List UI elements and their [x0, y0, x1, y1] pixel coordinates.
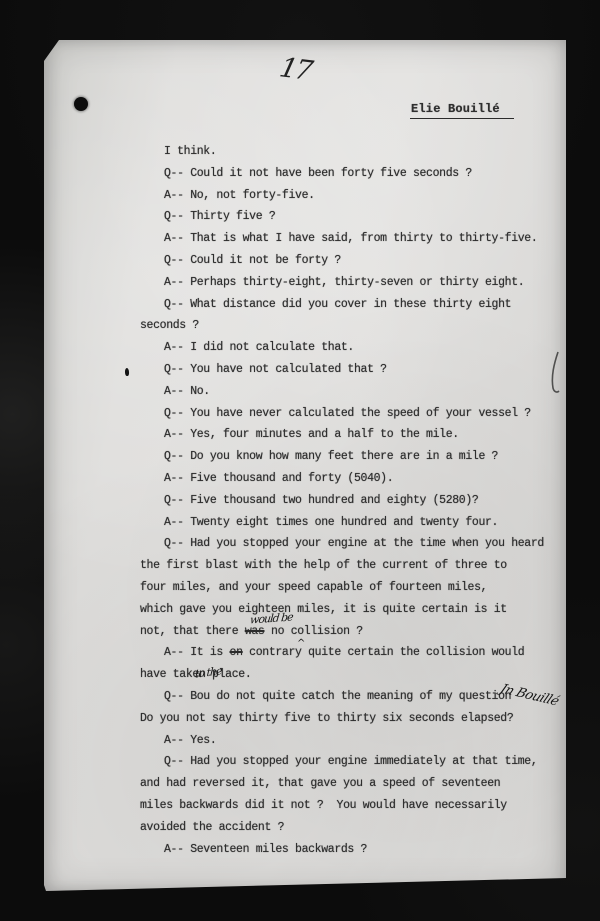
transcript-line: A-- Yes.	[140, 730, 560, 752]
transcript-text: I think.Q-- Could it not have been forty…	[140, 141, 560, 860]
transcript-line: A-- Twenty eight times one hundred and t…	[140, 512, 560, 534]
transcript-line: Do you not say thirty five to thirty six…	[140, 708, 560, 730]
transcript-line: A-- That is what I have said, from thirt…	[140, 228, 560, 250]
transcript-line: Q-- Thirty five ?	[140, 206, 560, 228]
transcript-line: A-- No, not forty-five.	[140, 185, 560, 207]
transcript-line: Q-- Had you stopped your engine immediat…	[140, 751, 560, 773]
transcript-line: four miles, and your speed capable of fo…	[140, 577, 560, 599]
transcript-line: avoided the accident ?	[140, 817, 560, 839]
transcript-line: A-- Seventeen miles backwards ?	[140, 839, 560, 861]
paper-edge-scratch-mark	[544, 350, 564, 400]
ink-mark	[125, 368, 129, 376]
transcript-line: miles backwards did it not ? You would h…	[140, 795, 560, 817]
transcript-line: Q-- You have never calculated the speed …	[140, 403, 560, 425]
transcript-line: A-- Five thousand and forty (5040).	[140, 468, 560, 490]
transcript-line: which gave you eighteen miles, it is qui…	[140, 599, 560, 621]
transcript-line: A-- Perhaps thirty-eight, thirty-seven o…	[140, 272, 560, 294]
transcript-line: Q-- Bou do not quite catch the meaning o…	[140, 686, 560, 708]
transcript-line: Q-- Had you stopped your engine at the t…	[140, 533, 560, 555]
transcript-line: Q-- Five thousand two hundred and eighty…	[140, 490, 560, 512]
transcript-line: not, that there was no collision ?	[140, 621, 560, 643]
transcript-line: and had reversed it, that gave you a spe…	[140, 773, 560, 795]
punch-hole	[74, 97, 88, 111]
transcript-line: Q-- Do you know how many feet there are …	[140, 446, 560, 468]
transcript-line: A-- Yes, four minutes and a half to the …	[140, 424, 560, 446]
transcript-line: the first blast with the help of the cur…	[140, 555, 560, 577]
transcript-line: I think.	[140, 141, 560, 163]
transcript-line: Q-- You have not calculated that ?	[140, 359, 560, 381]
transcript-line: A-- No.	[140, 381, 560, 403]
document-page: 17 Elie Bouillé I think.Q-- Could it not…	[44, 40, 566, 891]
witness-name-header: Elie Bouillé	[410, 102, 514, 119]
transcript-line: seconds ?	[140, 315, 560, 337]
transcript-line: Q-- Could it not be forty ?	[140, 250, 560, 272]
struck-out-word: was	[245, 625, 265, 638]
transcript-line: Q-- Could it not have been forty five se…	[140, 163, 560, 185]
struck-out-word: on	[230, 646, 243, 659]
transcript-line: A-- I did not calculate that.	[140, 337, 560, 359]
scanned-document-photo: { "page": { "handwritten_page_number": "…	[0, 0, 600, 921]
transcript-line: A-- It is on contrary quite certain the …	[140, 642, 560, 664]
handwritten-page-number: 17	[277, 52, 314, 86]
insertion-caret: ^	[297, 638, 305, 649]
transcript-line: Q-- What distance did you cover in these…	[140, 294, 560, 316]
